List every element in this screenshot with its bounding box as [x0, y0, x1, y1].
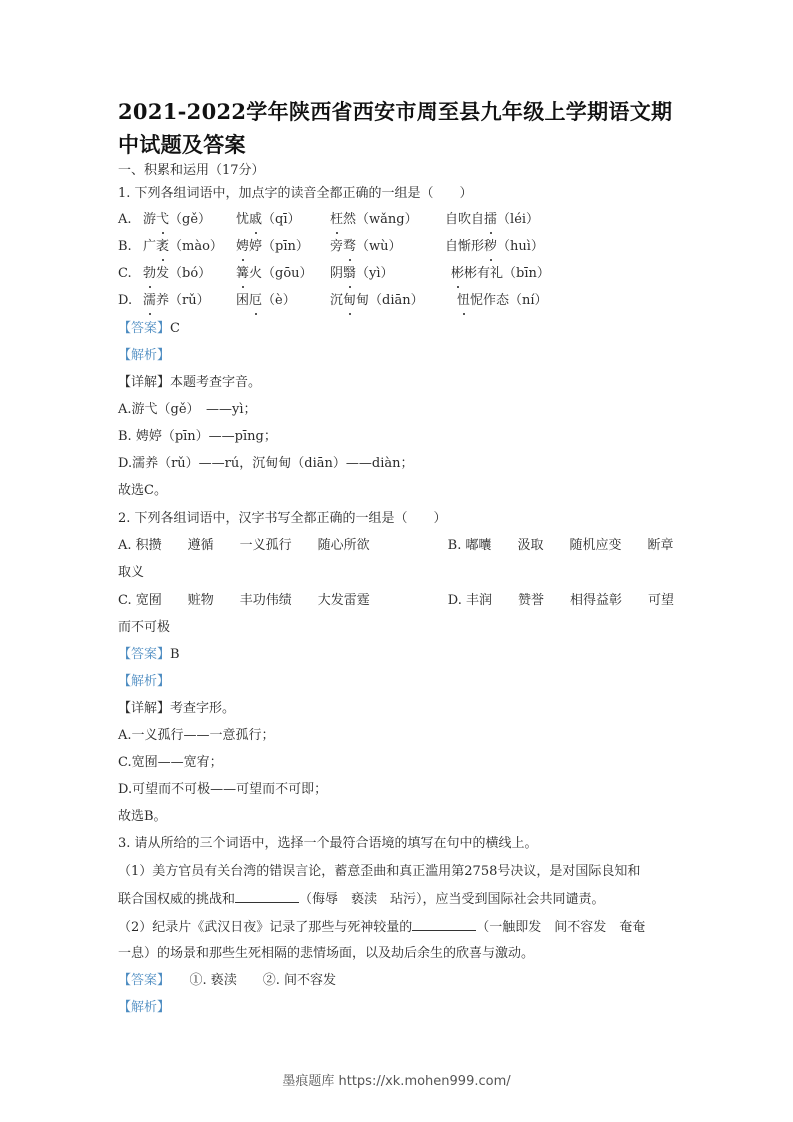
- q2-options-line: A. 积攒 遵循 一义孤行 随心所欲 B. 嘟囔 汲取 随机应变 断章: [118, 537, 673, 555]
- option-word: 枉然（wǎng）: [330, 211, 418, 229]
- emphasis-dot-char: 勃: [143, 265, 156, 283]
- q1-note: 故选C。: [118, 482, 167, 500]
- option-word: 忧戚（qī）: [236, 211, 301, 229]
- q3-part2-line1: （2）纪录片《武汉日夜》记录了那些与死神较量的（一触即发 间不容发 奄奄: [118, 918, 645, 937]
- option-word: 篝火（gōu）: [236, 265, 313, 283]
- q1-answer: 【答案】C: [118, 320, 180, 338]
- option-letter: D.: [118, 292, 132, 310]
- q1-detail: 【详解】本题考查字音。: [118, 374, 261, 392]
- q3-part1-line1: （1）美方官员有关台湾的错误言论，蓄意歪曲和真正滥用第2758号决议，是对国际良…: [118, 863, 640, 881]
- option-word: 娉婷（pīn）: [236, 238, 309, 256]
- q2-options-line: 而不可极: [118, 619, 170, 637]
- emphasis-dot-char: 忸: [457, 292, 470, 310]
- emphasis-dot-char: 弋: [156, 211, 169, 229]
- emphasis-dot-char: 篝: [236, 265, 249, 283]
- detail-label: 【详解】: [118, 701, 170, 716]
- answer-value: C: [170, 321, 180, 336]
- option-word: 阴翳（yì）: [330, 265, 394, 283]
- option-letter: C.: [118, 265, 132, 283]
- option-word: 濡养（rǔ）: [143, 292, 210, 310]
- answer-label: 【答案】: [118, 973, 164, 988]
- option-word: 旁骛（wù）: [330, 238, 402, 256]
- q1-stem: 1. 下列各组词语中，加点字的读音全都正确的一组是（ ）: [118, 185, 473, 203]
- document-title: 2021-2022学年陕西省西安市周至县九年级上学期语文期中试题及答案: [118, 95, 688, 161]
- footer-watermark: 墨痕题库 https://xk.mohen999.com/: [0, 1070, 793, 1089]
- q2-detail: 【详解】考查字形。: [118, 700, 235, 718]
- q2-note: C.宽囿——宽宥；: [118, 754, 223, 772]
- emphasis-dot-char: 枉: [330, 211, 343, 229]
- emphasis-dot-char: 戚: [249, 211, 262, 229]
- option-word: 自吹自擂（léi）: [445, 211, 539, 229]
- option-word: 游弋（gě）: [143, 211, 211, 229]
- emphasis-dot-char: 擂: [484, 211, 497, 229]
- option-word: 彬彬有礼（bīn）: [451, 265, 550, 283]
- q2-options-line: C. 宽囿 赃物 丰功伟绩 大发雷霆 D. 丰润 赞誉 相得益彰 可望: [118, 592, 674, 610]
- fill-blank-1: [235, 890, 299, 903]
- answer-label: 【答案】: [118, 647, 170, 662]
- option-word: 广袤（mào）: [143, 238, 223, 256]
- option-letter: A.: [118, 211, 132, 229]
- option-word: 勃发（bó）: [143, 265, 211, 283]
- q2-note: D.可望而不可极——可望而不可即；: [118, 781, 327, 799]
- option-letter: B.: [118, 238, 132, 256]
- q2-options-line: 取义: [118, 564, 144, 582]
- emphasis-dot-char: 骛: [343, 238, 356, 256]
- emphasis-dot-char: 翳: [343, 265, 356, 283]
- emphasis-dot-char: 娉: [236, 238, 249, 256]
- q2-note: A.一义孤行——一意孤行；: [118, 727, 275, 745]
- q2-answer: 【答案】B: [118, 646, 180, 664]
- emphasis-dot-char: 厄: [249, 292, 262, 310]
- q1-analysis-label: 【解析】: [118, 347, 170, 365]
- answer-value: ①. 亵渎 ②. 间不容发: [164, 973, 337, 988]
- q1-note: A.游弋（gě） ——yì；: [118, 401, 257, 419]
- fill-blank-2: [412, 918, 476, 931]
- emphasis-dot-char: 袤: [156, 238, 169, 256]
- emphasis-dot-char: 秽: [484, 238, 497, 256]
- q1-note: D.濡养（rǔ）——rú，沉甸甸（diān）——diàn；: [118, 455, 413, 473]
- emphasis-dot-char: 彬: [451, 265, 464, 283]
- q2-stem: 2. 下列各组词语中，汉字书写全都正确的一组是（ ）: [118, 510, 447, 528]
- option-word: 沉甸甸（diān）: [330, 292, 424, 310]
- q2-analysis-label: 【解析】: [118, 673, 170, 691]
- answer-value: B: [170, 647, 180, 662]
- emphasis-dot-char: 甸: [343, 292, 356, 310]
- option-word: 自惭形秽（huì）: [445, 238, 544, 256]
- option-word: 忸怩作态（ní）: [457, 292, 548, 310]
- q3-part1-line2: 联合国权威的挑战和（侮辱 亵渎 玷污），应当受到国际社会共同谴责。: [118, 890, 605, 909]
- q3-stem: 3. 请从所给的三个词语中，选择一个最符合语境的填写在句中的横线上。: [118, 835, 538, 853]
- q2-note: 故选B。: [118, 808, 167, 826]
- option-word: 困厄（è）: [236, 292, 296, 310]
- q3-answer: 【答案】 ①. 亵渎 ②. 间不容发: [118, 972, 336, 990]
- detail-label: 【详解】: [118, 375, 170, 390]
- q1-note: B. 娉婷（pīn）——pīng；: [118, 428, 277, 446]
- q3-analysis-label: 【解析】: [118, 999, 170, 1017]
- q3-part2-line2: 一息）的场景和那些生死相隔的悲情场面，以及劫后余生的欣喜与激动。: [118, 945, 534, 963]
- emphasis-dot-char: 濡: [143, 292, 156, 310]
- section-heading: 一、积累和运用（17分）: [118, 162, 265, 180]
- answer-label: 【答案】: [118, 321, 170, 336]
